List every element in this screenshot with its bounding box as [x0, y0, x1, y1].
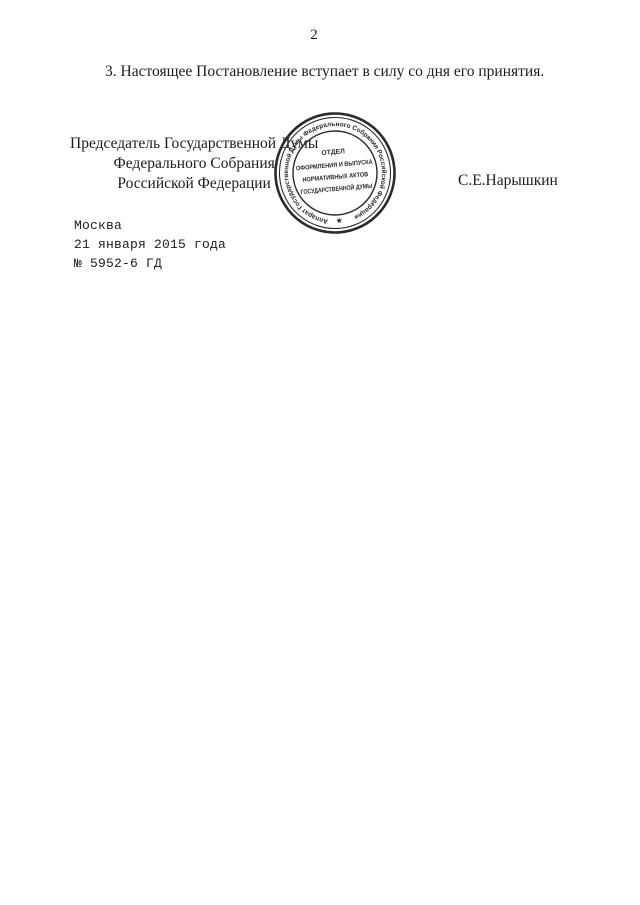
stamp-center-line-1: ОТДЕЛ	[321, 148, 345, 157]
stamp-outer-ring	[272, 110, 398, 236]
footer-block: Москва 21 января 2015 года № 5952-6 ГД	[74, 216, 226, 273]
document-page: 2 3. Настоящее Постановление вступает в …	[0, 0, 640, 905]
footer-city: Москва	[74, 216, 226, 235]
official-round-stamp: Аппарат Государственной Думы Федеральног…	[272, 110, 398, 236]
stamp-center-line-3: НОРМАТИВНЫХ АКТОВ	[302, 171, 369, 184]
footer-date: 21 января 2015 года	[74, 235, 226, 254]
stamp-star-icon: ★	[336, 216, 344, 225]
stamp-center-line-2: ОФОРМЛЕНИЯ И ВЫПУСКА	[296, 159, 374, 173]
signatory-name: С.Е.Нарышкин	[458, 171, 558, 191]
page-number: 2	[0, 26, 628, 45]
stamp-seal-graphic: Аппарат Государственной Думы Федеральног…	[272, 110, 398, 236]
body-paragraph: 3. Настоящее Постановление вступает в си…	[105, 62, 575, 82]
footer-doc-number: № 5952-6 ГД	[74, 254, 226, 273]
